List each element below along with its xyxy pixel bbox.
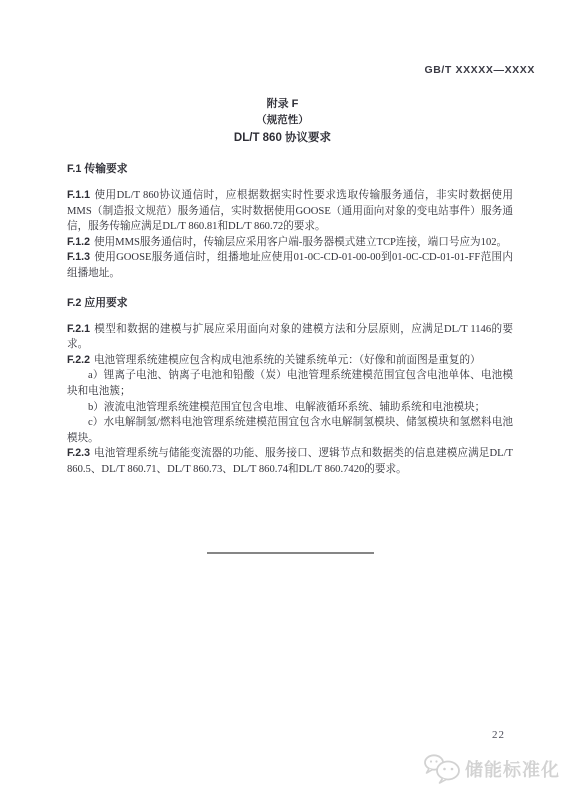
clause-label: F.2.3: [67, 447, 90, 459]
clause-label: F.2.1: [67, 323, 90, 335]
appendix-title-block: 附录 F （规范性） DL/T 860 协议要求: [0, 96, 565, 148]
appendix-subject: DL/T 860 协议要求: [0, 128, 565, 148]
clause-f1-2: F.1.2使用MMS服务通信时，传输层应采用客户端-服务器模式建立TCP连接，端…: [67, 235, 513, 251]
doc-code: GB/T XXXXX—XXXX: [424, 64, 535, 76]
clause-f1-3: F.1.3使用GOOSE服务通信时，组播地址应使用01-0C-CD-01-00-…: [67, 250, 513, 281]
clause-text: 模型和数据的建模与扩展应采用面向对象的建模方法和分层原则，应满足DL/T 114…: [67, 324, 513, 351]
clause-label: F.1.1: [67, 189, 90, 201]
clause-text: 使用MMS服务通信时，传输层应采用客户端-服务器模式建立TCP连接，端口号应为1…: [94, 237, 507, 248]
document-body: F.1 传输要求 F.1.1使用DL/T 860协议通信时，应根据数据实时性要求…: [67, 162, 513, 554]
clause-text: 电池管理系统与储能变流器的功能、服务接口、逻辑节点和数据类的信息建模应满足DL/…: [67, 448, 513, 475]
section-heading-f2: F.2 应用要求: [67, 296, 513, 311]
wechat-icon: [422, 752, 462, 786]
clause-label: F.1.3: [67, 251, 90, 263]
clause-f2-3: F.2.3电池管理系统与储能变流器的功能、服务接口、逻辑节点和数据类的信息建模应…: [67, 446, 513, 477]
watermark-text: 储能标准化: [465, 756, 560, 782]
section-heading-f1: F.1 传输要求: [67, 162, 513, 177]
normative-label: （规范性）: [0, 112, 565, 128]
clause-label: F.1.2: [67, 236, 90, 248]
clause-f1-1: F.1.1使用DL/T 860协议通信时，应根据数据实时性要求选取传输服务通信，…: [67, 188, 513, 235]
document-page: { "header": { "doc_code": "GB/T XXXXX—XX…: [0, 0, 565, 800]
clause-text: 使用DL/T 860协议通信时，应根据数据实时性要求选取传输服务通信，非实时数据…: [67, 190, 513, 232]
clause-f2-2: F.2.2电池管理系统建模应包含构成电池系统的关键系统单元：（好像和前面图是重复…: [67, 353, 513, 369]
page-number: 22: [492, 729, 505, 741]
list-item-c: c）水电解制氢/燃料电池管理系统建模范围宜包含水电解制氢模块、储氢模块和氢燃料电…: [67, 415, 513, 446]
clause-f2-1: F.2.1模型和数据的建模与扩展应采用面向对象的建模方法和分层原则，应满足DL/…: [67, 322, 513, 353]
end-of-text-divider: [207, 552, 374, 554]
list-item-b: b）液流电池管理系统建模范围宜包含电堆、电解液循环系统、辅助系统和电池模块；: [67, 400, 513, 416]
list-item-a: a）锂离子电池、钠离子电池和铅酸（炭）电池管理系统建模范围宜包含电池单体、电池模…: [67, 368, 513, 399]
watermark: 储能标准化: [422, 752, 560, 786]
clause-label: F.2.2: [67, 354, 90, 366]
clause-text: 电池管理系统建模应包含构成电池系统的关键系统单元：（好像和前面图是重复的）: [94, 355, 481, 366]
clause-text: 使用GOOSE服务通信时，组播地址应使用01-0C-CD-01-00-00到01…: [67, 252, 513, 279]
appendix-label: 附录 F: [0, 96, 565, 112]
